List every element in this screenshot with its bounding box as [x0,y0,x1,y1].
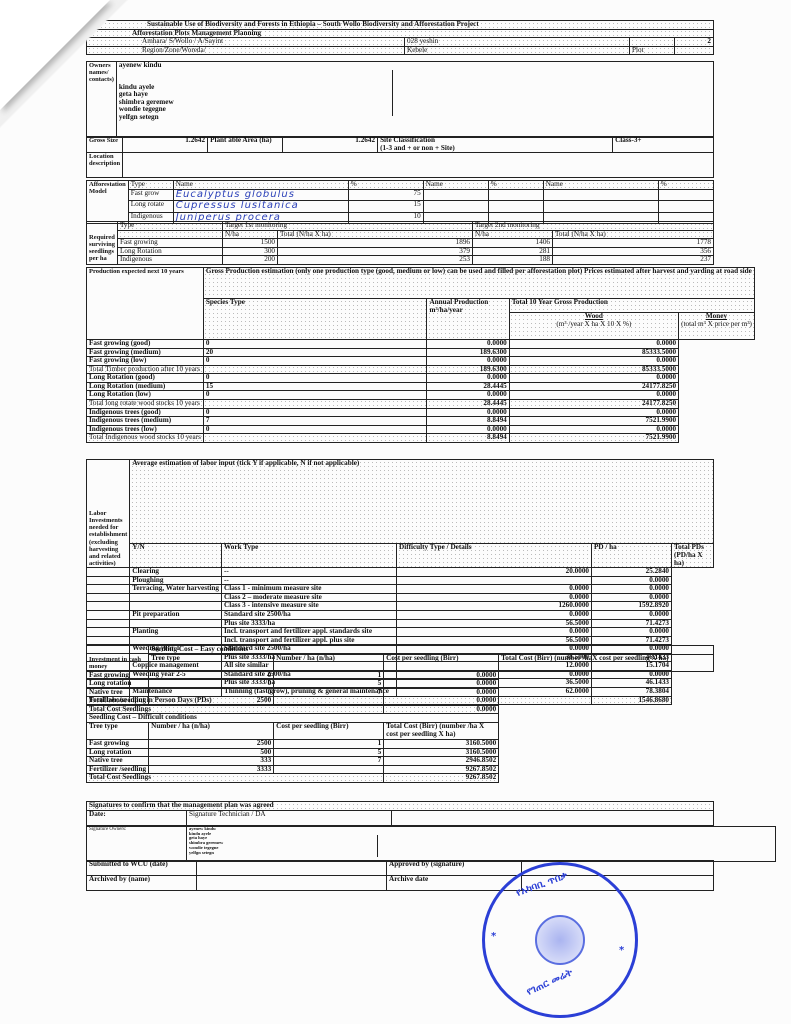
date-label: Date: [87,810,187,825]
approved-label: Approved by (signature) [387,861,522,876]
table-row: Total Timber production after 10 years18… [87,365,755,374]
seedling-cost-table: Investment in cash money Seedling Cost –… [86,645,714,783]
owners-list: ayenew kindu kindu ayele geta haye shimb… [116,62,713,138]
owners-signature-table: Signature Owners: ayenew kindukindu ayel… [86,826,776,862]
table-row: Total long rotate wood stocks 10 years28… [87,399,755,408]
afforestation-label: Afforestation Model [87,181,129,224]
yn-checkbox[interactable] [87,576,130,585]
technician-signature-area [392,810,714,825]
official-stamp: የአካባቢ ጥበቃ የገጠር መሬት * * [482,862,638,1018]
production-label: Production expected next 10 years [87,268,204,340]
table-row: Native tree070.0000 [87,688,714,697]
technician-signature-label: Signature Technician / DA [187,810,392,825]
table-row: Long Rotation (medium)1528.444524177.825… [87,382,755,391]
table-row: Fast growing1500189614061778 [87,239,714,248]
table-row: PlantingIncl. transport and fertilizer a… [87,628,714,637]
site-classification-label: Site Classification(1-3 and + or non + S… [378,137,613,153]
table-row: Fertilizer /seedling33339267.8502 [87,765,714,774]
yn-checkbox[interactable] [87,585,130,594]
yn-checkbox[interactable] [87,636,130,645]
owner-name: kindu ayele [119,84,711,92]
production-note: Gross Production estimation (only one pr… [203,268,754,299]
table-row: Pit preparationStandard site 2500/ha0.00… [87,610,714,619]
yn-checkbox[interactable] [87,619,130,628]
table-row: Incl. transport and fertilizer appl. plu… [87,636,714,645]
table-row: Indigenous200253188237 [87,256,714,265]
owner-name: geta haye [119,91,711,99]
plot-label: Plot [630,46,675,55]
labor-label: Labor Investments needed for establishme… [87,460,130,568]
site-class-value: Class-3+ [613,137,714,153]
signatures-title: Signatures to confirm that the managemen… [87,802,714,811]
plantable-area-label: Plant able Area (ha) [208,137,283,153]
document-title: Sustainable Use of Biodiversity and Fore… [87,21,714,30]
table-row: Native tree33372946.8502 [87,757,714,766]
species-name: Cupressus lusitanica [173,201,348,213]
table-row: Fast growing250013160.5000 [87,739,714,748]
table-row: Long rotation50053160.5000 [87,748,714,757]
table-row: Terracing, Water harvestingClass 1 - min… [87,585,714,594]
approval-table: Submitted to WCU (date) Approved by (sig… [86,860,714,891]
owner-name: yelfgn setegn [119,114,711,122]
table-row: Fast growing (medium)20189.630085333.500… [87,348,755,357]
table-row: Fertilizer /seedling25000.0000 [87,697,714,706]
table-row: Long rotation050.0000 [87,680,714,689]
owners-signature-label: Signature Owners: [87,827,187,862]
submitted-label: Submitted to WCU (date) [87,861,197,876]
location-value [123,153,714,178]
owners-table: Owners names/ contacts) ayenew kindu kin… [86,61,714,138]
location-label: Location description [87,153,123,178]
yn-checkbox[interactable] [87,628,130,637]
table-row: Fast growing010.0000 [87,671,714,680]
plantable-area-value: 1.2642 [283,137,378,153]
table-row: Class 2 – moderate measure site0.00000.0… [87,593,714,602]
owner-name: shimbra geremew [119,99,711,107]
investment-label: Investment in cash money [87,646,149,672]
submitted-value [197,861,387,876]
table-row: Clearing--20.000025.2840 [87,568,714,577]
scanned-document: Sustainable Use of Biodiversity and Fore… [0,0,791,1024]
yn-checkbox[interactable] [87,568,130,577]
header-table: Sustainable Use of Biodiversity and Fore… [86,20,714,55]
kebele-label: Kebele [405,46,630,55]
easy-total-value: 0.0000 [384,705,499,714]
species-name: Eucalyptus globulus [173,189,348,201]
owner-name: ayenew kindu [119,62,711,70]
production-table: Production expected next 10 years Gross … [86,267,755,443]
yn-checkbox[interactable] [87,610,130,619]
site-table: Gross Size 1.2642 Plant able Area (ha) 1… [86,136,714,178]
owners-signature-list: ayenew kindukindu ayelegeta haye shimbra… [187,827,776,862]
archived-label: Archived by (name) [87,876,197,891]
table-row: Class 3 - intensive measure site1260.000… [87,602,714,611]
difficult-total-value: 9267.8502 [384,774,499,783]
table-row: Long rotate Cupressus lusitanica 15 [87,201,714,213]
yn-checkbox[interactable] [87,593,130,602]
plot-value: 2 [675,38,714,47]
table-row: Total Indigenous wood stocks 10 years8.8… [87,434,755,443]
kebele-value: 028 yeshin [405,38,630,47]
table-row: Fast growing (good)00.00000.0000 [87,340,755,349]
archived-value [197,876,387,891]
table-row: Indigenous trees (medium)78.84947521.990… [87,417,755,426]
owner-name: wondie tegegne [119,106,711,114]
table-row: Plus site 3333/ha56.500071.4273 [87,619,714,628]
signatures-table: Signatures to confirm that the managemen… [86,801,714,826]
emblem-icon [535,915,585,965]
afforestation-model-table: Afforestation Model Type Name % Name % N… [86,180,714,224]
table-row: Fast grow Eucalyptus globulus 75 [87,189,714,201]
page-curl-fold [0,0,110,110]
table-row: Long Rotation300379281356 [87,247,714,256]
surviving-label: Required surviving seedlings per ha [87,222,118,265]
table-row: Fast growing (low)00.00000.0000 [87,357,755,366]
surviving-seedlings-table: Required surviving seedlings per ha Type… [86,221,714,265]
yn-checkbox[interactable] [87,602,130,611]
